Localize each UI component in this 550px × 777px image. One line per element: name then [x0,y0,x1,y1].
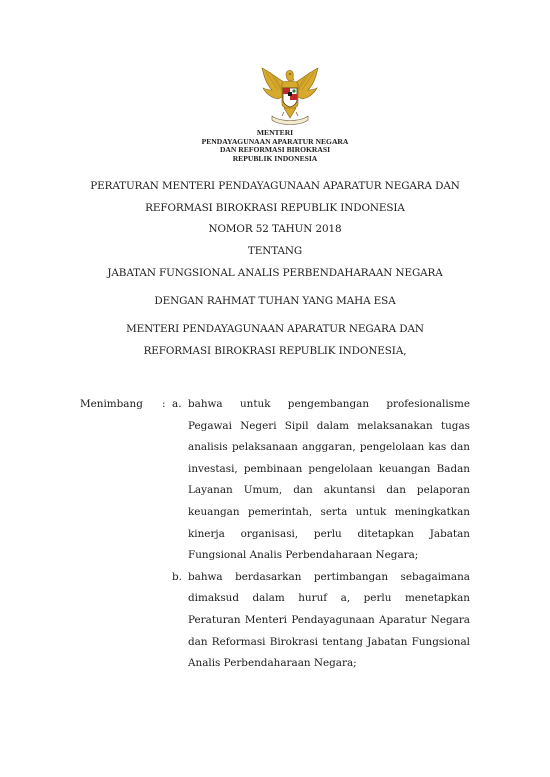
ministry-line: REPUBLIK INDONESIA [150,155,400,164]
ministry-header: MENTERI PENDAYAGUNAAN APARATUR NEGARA DA… [150,129,400,163]
title-line: TENTANG [60,241,490,263]
regulation-subject: JABATAN FUNGSIONAL ANALIS PERBENDAHARAAN… [60,263,490,285]
considering-item-b: b. bahwa berdasarkan pertimbangan sebaga… [80,567,475,675]
blessing-text: DENGAN RAHMAT TUHAN YANG MAHA ESA [60,291,490,313]
considering-item-a: a. bahwa untuk pengembangan profesionali… [80,394,475,567]
minister-line: REFORMASI BIROKRASI REPUBLIK INDONESIA, [60,341,490,363]
regulation-number: NOMOR 52 TAHUN 2018 [60,219,490,241]
item-letter: a. [172,394,182,416]
item-text: bahwa untuk pengembangan profesionalisme… [188,394,470,567]
blessing-line: DENGAN RAHMAT TUHAN YANG MAHA ESA [60,291,490,313]
minister-heading: MENTERI PENDAYAGUNAAN APARATUR NEGARA DA… [60,319,490,362]
considering-section: Menimbang : a. bahwa untuk pengembangan … [80,394,475,675]
regulation-title: PERATURAN MENTERI PENDAYAGUNAAN APARATUR… [60,176,490,285]
garuda-emblem-icon [256,66,324,128]
item-text: bahwa berdasarkan pertimbangan sebagaima… [188,567,470,675]
title-line: REFORMASI BIROKRASI REPUBLIK INDONESIA [60,198,490,220]
minister-line: MENTERI PENDAYAGUNAAN APARATUR NEGARA DA… [60,319,490,341]
title-line: PERATURAN MENTERI PENDAYAGUNAAN APARATUR… [60,176,490,198]
item-letter: b. [172,567,182,589]
document-page: MENTERI PENDAYAGUNAAN APARATUR NEGARA DA… [0,0,550,777]
